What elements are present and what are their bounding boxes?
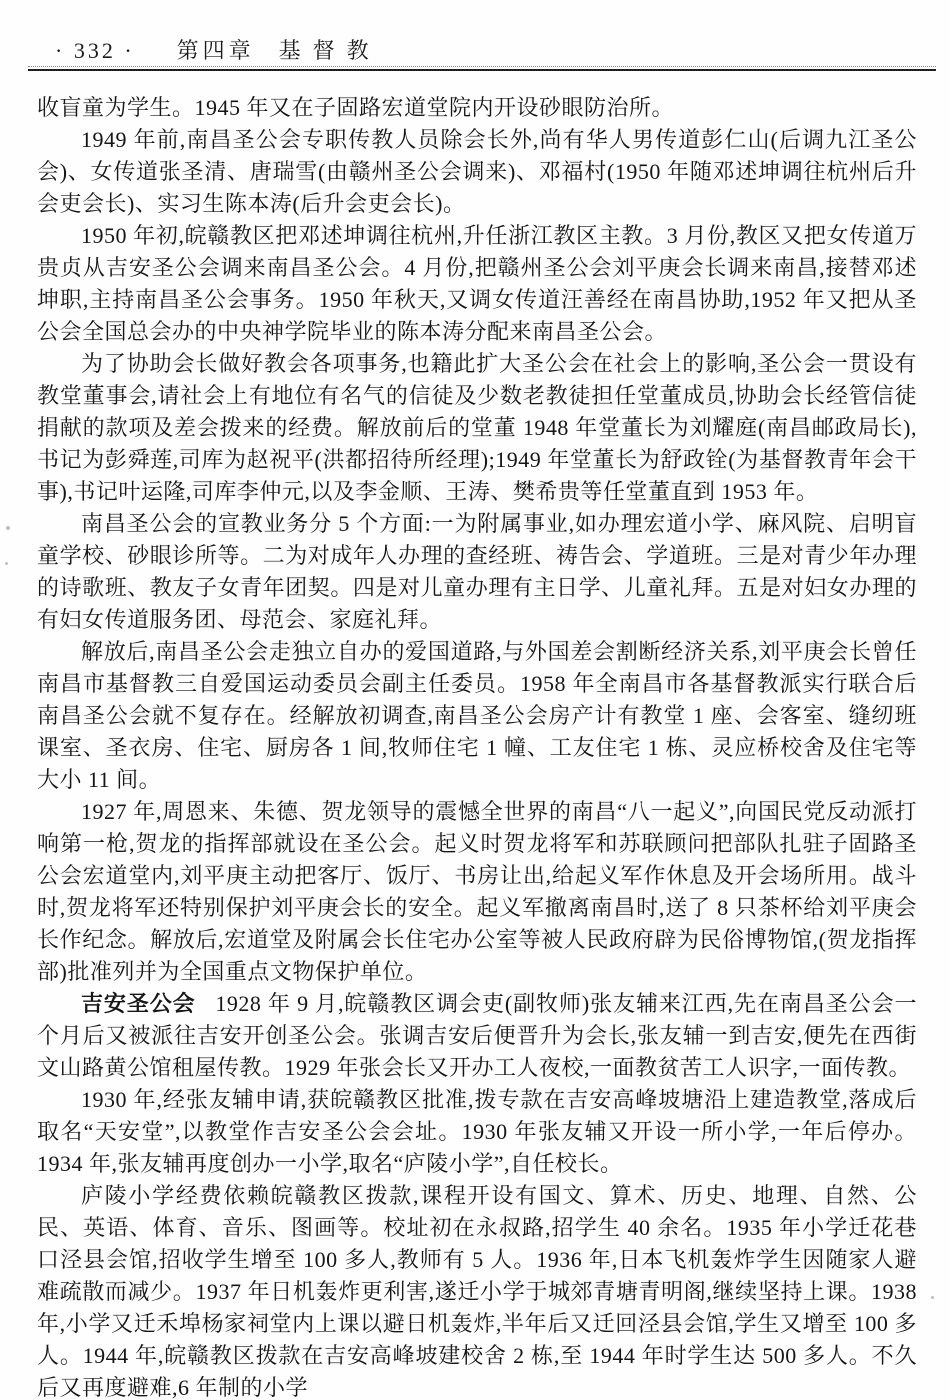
paragraph: 吉安圣公会1928 年 9 月,皖赣教区调会吏(副牧师)张友辅来江西,先在南昌圣… xyxy=(37,988,917,1084)
page-header: · 332 ·第四章基督教 xyxy=(55,34,381,65)
chapter-title: 基督教 xyxy=(279,38,381,63)
chapter-label: 第四章 xyxy=(177,38,255,63)
book-page: · 332 ·第四章基督教 收盲童为学生。1945 年又在子固路宏道堂院内开设砂… xyxy=(0,0,950,1400)
scan-speckle xyxy=(5,562,8,565)
paragraph: 1927 年,周恩来、朱德、贺龙领导的震憾全世界的南昌“八一起义”,向国民党反动… xyxy=(37,796,917,988)
paragraph: 庐陵小学经费依赖皖赣教区拨款,课程开设有国文、算术、历史、地理、自然、公民、英语… xyxy=(37,1180,917,1400)
paragraph: 1930 年,经张友辅申请,获皖赣教区批准,拨专款在吉安高峰坡塘沿上建造教堂,落… xyxy=(37,1084,917,1180)
page-body: 收盲童为学生。1945 年又在子固路宏道堂院内开设砂眼防治所。1949 年前,南… xyxy=(37,92,917,1400)
paragraph: 收盲童为学生。1945 年又在子固路宏道堂院内开设砂眼防治所。 xyxy=(37,92,917,124)
paragraph: 南昌圣公会的宣教业务分 5 个方面:一为附属事业,如办理宏道小学、麻风院、启明盲… xyxy=(37,508,917,636)
section-lead: 吉安圣公会 xyxy=(81,991,196,1016)
header-rule xyxy=(28,66,936,71)
scan-speckle xyxy=(6,526,10,530)
scan-speckle xyxy=(931,1296,934,1299)
page-number: · 332 · xyxy=(55,38,135,63)
paragraph: 解放后,南昌圣公会走独立自办的爱国道路,与外国差会割断经济关系,刘平庚会长曾任南… xyxy=(37,636,917,796)
paragraph: 1949 年前,南昌圣公会专职传教人员除会长外,尚有华人男传道彭仁山(后调九江圣… xyxy=(37,124,917,220)
paragraph: 为了协助会长做好教会各项事务,也籍此扩大圣公会在社会上的影响,圣公会一贯设有教堂… xyxy=(37,348,917,508)
paragraph: 1950 年初,皖赣教区把邓述坤调往杭州,升任浙江教区主教。3 月份,教区又把女… xyxy=(37,220,917,348)
